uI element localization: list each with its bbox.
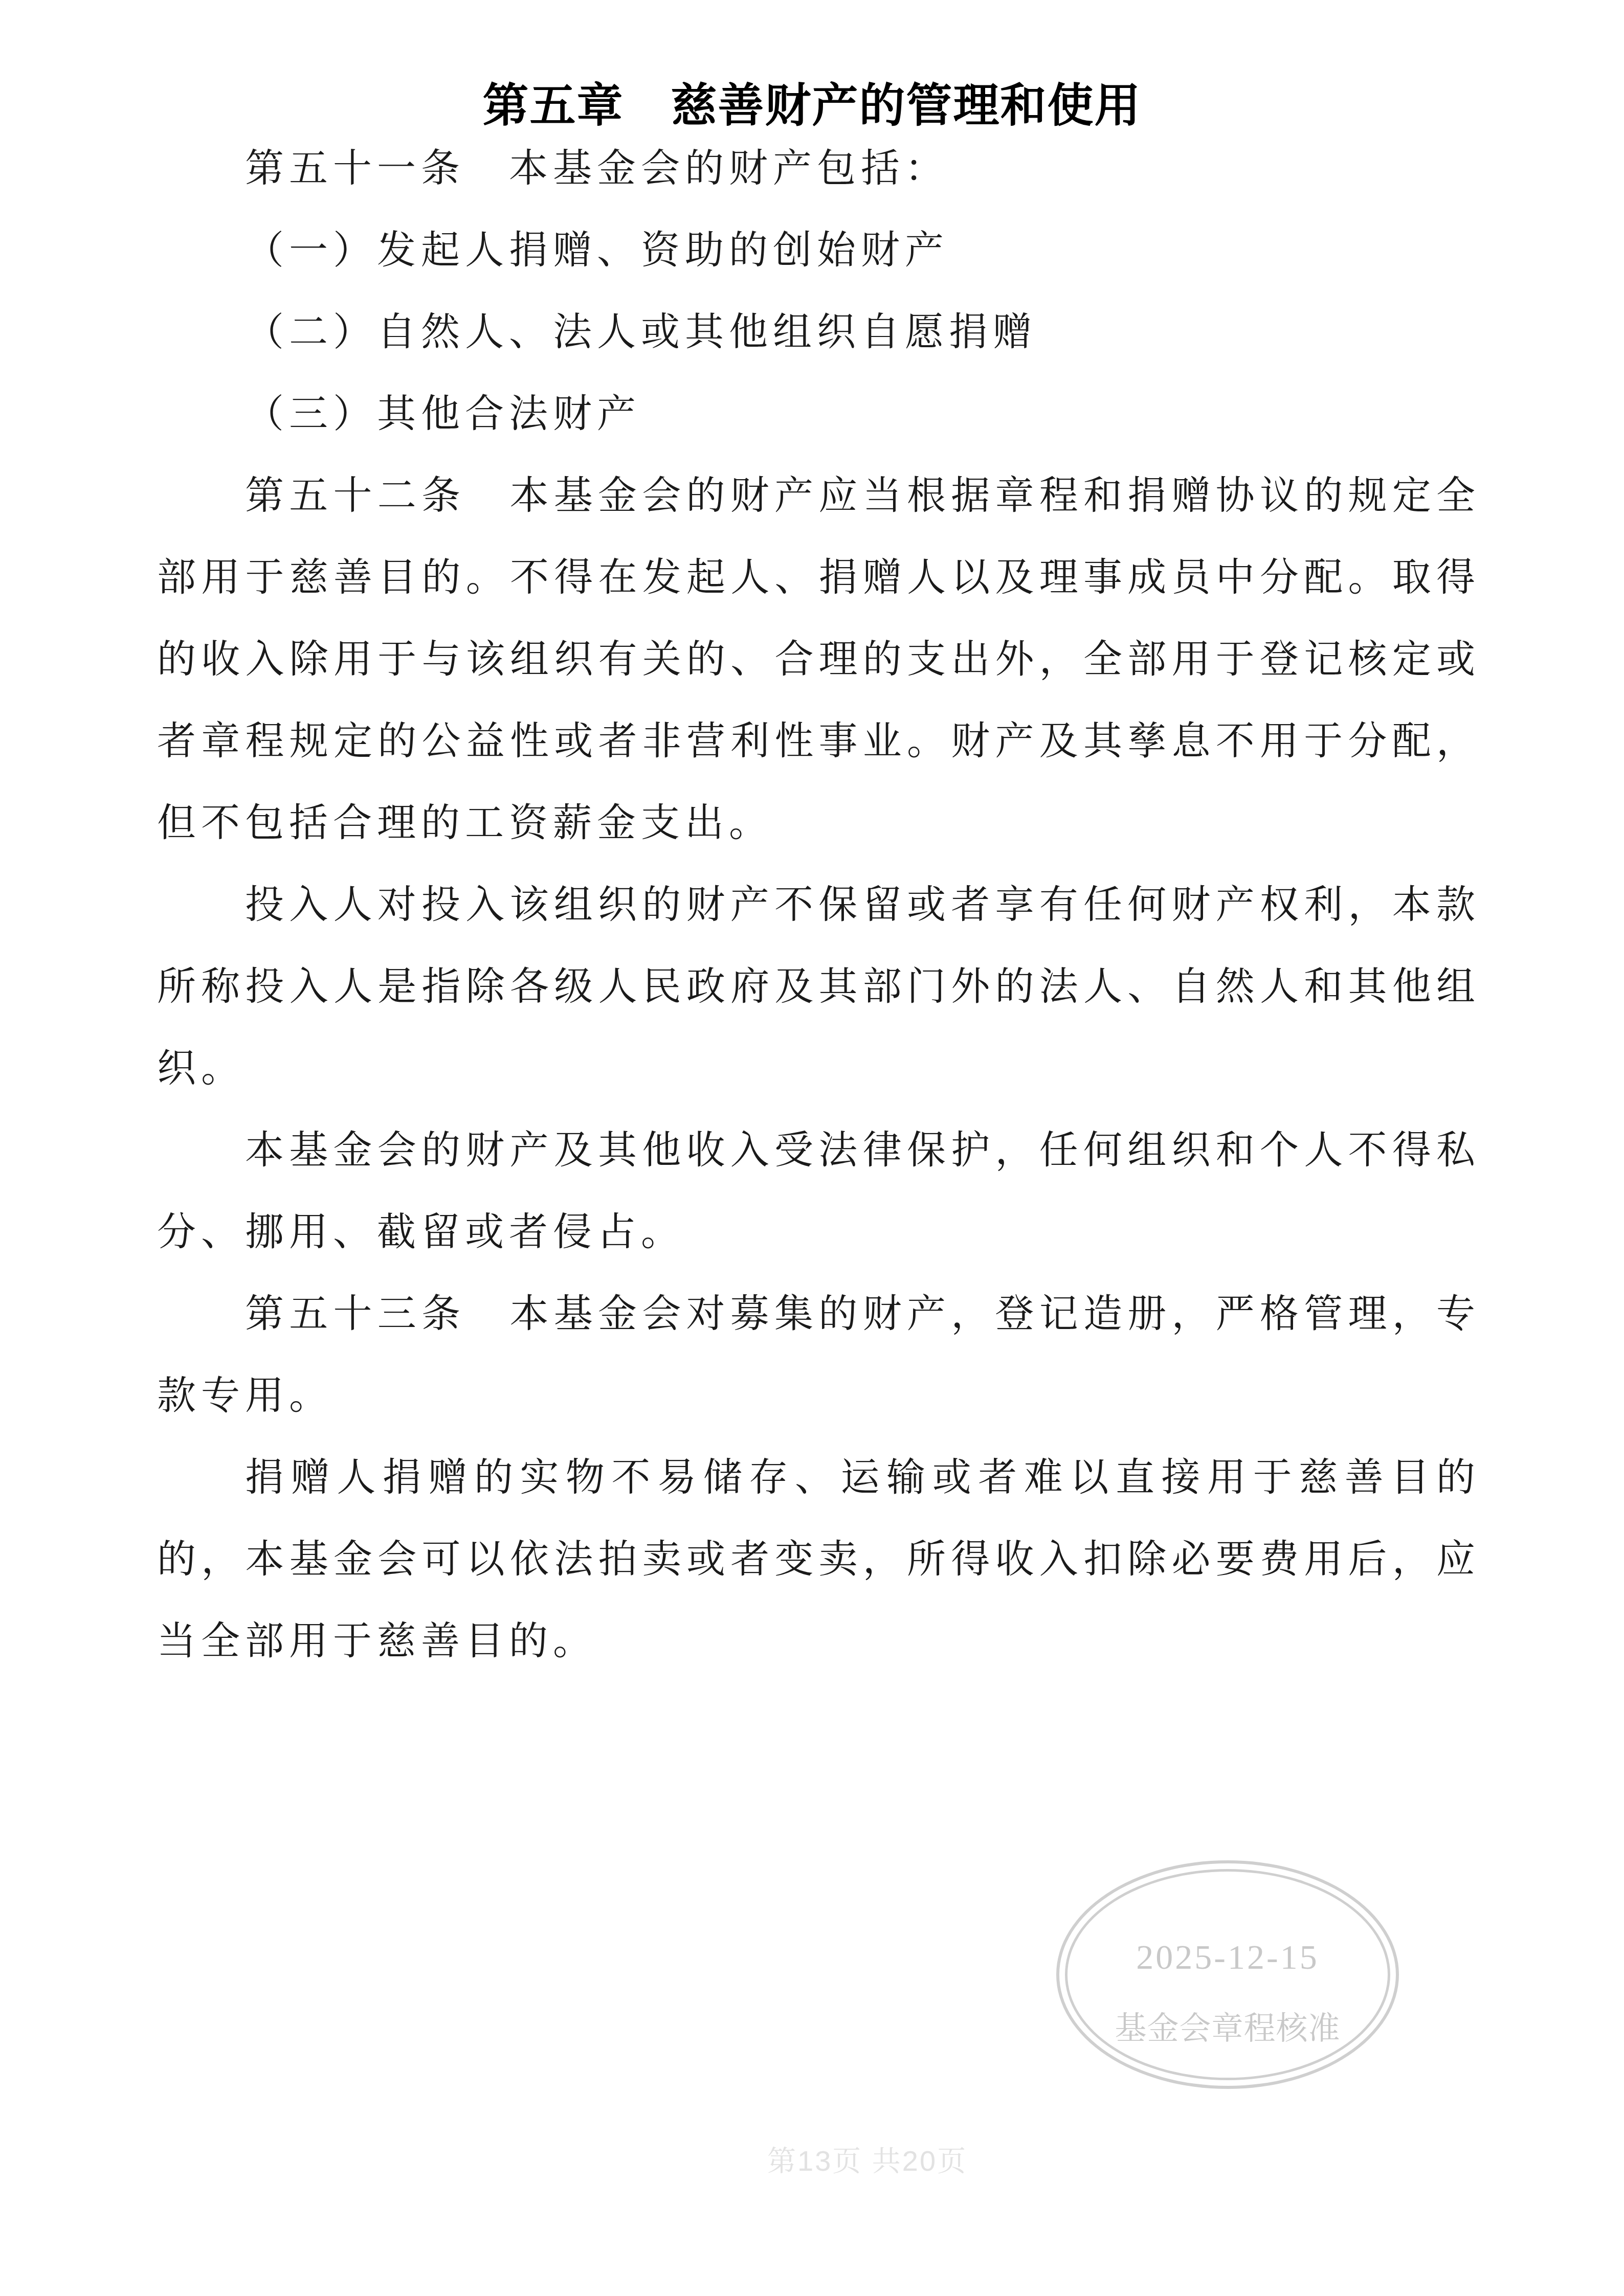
stamp-label: 基金会章程核准 <box>1056 2011 1399 2047</box>
body-line: 本基金会的财产及其他收入受法律保护，任何组织和个人不得私 <box>157 1110 1475 1191</box>
body-line: 当全部用于慈善目的。 <box>157 1601 1475 1682</box>
stamp-date: 2025-12-15 <box>1056 1939 1399 1975</box>
document-page: 第五章 慈善财产的管理和使用 第五十一条 本基金会的财产包括：（一）发起人捐赠、… <box>0 0 1624 2296</box>
body-text: 第五十一条 本基金会的财产包括：（一）发起人捐赠、资助的创始财产（二）自然人、法… <box>157 128 1475 1682</box>
body-line: 捐赠人捐赠的实物不易储存、运输或者难以直接用于慈善目的 <box>157 1437 1475 1519</box>
body-line: （三）其他合法财产 <box>157 373 1475 455</box>
page-number: 第13页 共20页 <box>767 2146 967 2176</box>
body-line: （一）发起人捐赠、资助的创始财产 <box>157 210 1475 291</box>
body-line: 款专用。 <box>157 1355 1475 1437</box>
body-line: 的，本基金会可以依法拍卖或者变卖，所得收入扣除必要费用后，应 <box>157 1519 1475 1601</box>
body-line: （二）自然人、法人或其他组织自愿捐赠 <box>157 291 1475 373</box>
body-line: 者章程规定的公益性或者非营利性事业。财产及其孳息不用于分配， <box>157 701 1475 782</box>
body-line: 织。 <box>157 1028 1475 1110</box>
body-line: 第五十三条 本基金会对募集的财产，登记造册，严格管理，专 <box>157 1273 1475 1355</box>
body-line: 投入人对投入该组织的财产不保留或者享有任何财产权利，本款 <box>157 864 1475 946</box>
body-line: 所称投入人是指除各级人民政府及其部门外的法人、自然人和其他组 <box>157 946 1475 1028</box>
body-line: 的收入除用于与该组织有关的、合理的支出外，全部用于登记核定或 <box>157 619 1475 701</box>
approval-stamp: 2025-12-15 基金会章程核准 <box>1056 1860 1399 2089</box>
body-line: 部用于慈善目的。不得在发起人、捐赠人以及理事成员中分配。取得 <box>157 537 1475 619</box>
body-line: 但不包括合理的工资薪金支出。 <box>157 782 1475 864</box>
body-line: 第五十一条 本基金会的财产包括： <box>157 128 1475 210</box>
body-line: 分、挪用、截留或者侵占。 <box>157 1191 1475 1273</box>
body-line: 第五十二条 本基金会的财产应当根据章程和捐赠协议的规定全 <box>157 455 1475 537</box>
